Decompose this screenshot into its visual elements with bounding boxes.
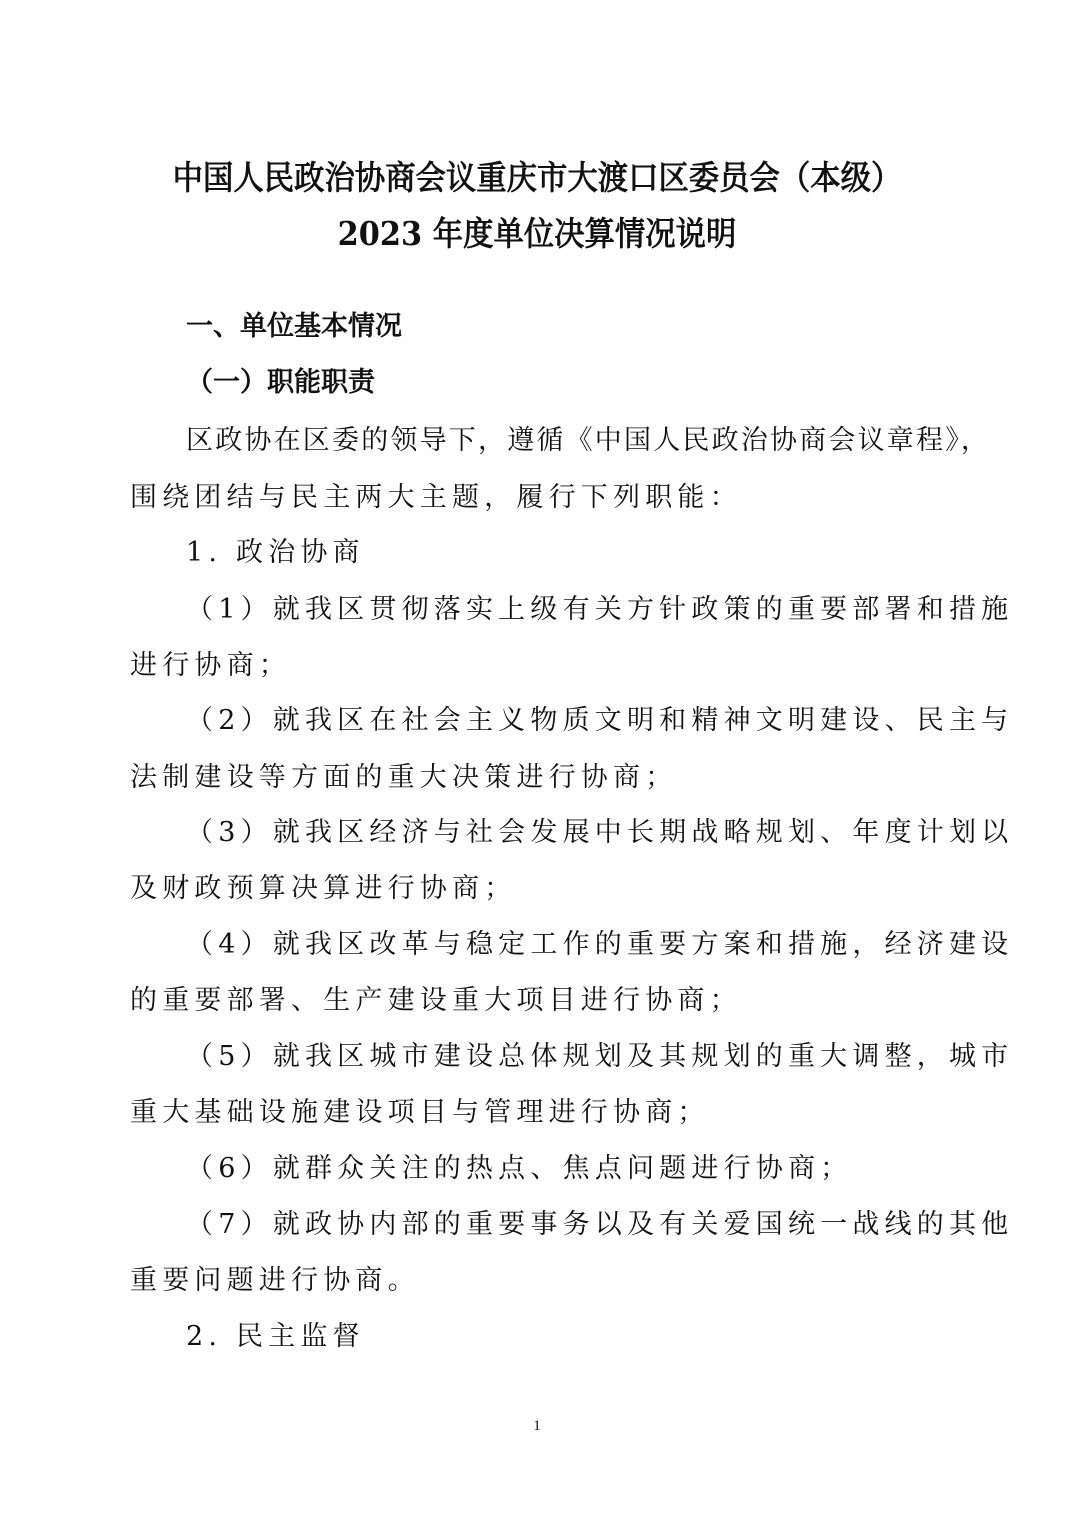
page-number: 1	[0, 1418, 1074, 1435]
numbered-heading: 2. 民主监督	[186, 1314, 365, 1353]
subsection-heading: （一）职能职责	[186, 360, 375, 399]
section-heading: 一、单位基本情况	[186, 304, 402, 343]
list-item-line: （1）就我区贯彻落实上级有关方针政策的重要部署和措施	[186, 587, 1013, 626]
list-item-line: 进行协商；	[130, 643, 291, 682]
paragraph-line: 围绕团结与民主两大主题，履行下列职能：	[130, 475, 742, 514]
paragraph-line: 区政协在区委的领导下，遵循《中国人民政治协商会议章程》，	[186, 418, 990, 457]
list-item-line: （3）就我区经济与社会发展中长期战略规划、年度计划以	[186, 810, 1013, 849]
list-item-line: （4）就我区改革与稳定工作的重要方案和措施，经济建设	[186, 922, 1013, 961]
numbered-heading: 1. 政治协商	[186, 530, 365, 569]
list-item-line: （7）就政协内部的重要事务以及有关爱国统一战线的其他	[186, 1202, 1013, 1241]
list-item-line: （6）就群众关注的热点、焦点问题进行协商；	[186, 1146, 852, 1185]
document-title-line-2: 2023 年度单位决算情况说明	[43, 208, 1031, 255]
list-item-line: 重大基础设施建设项目与管理进行协商；	[130, 1090, 710, 1129]
list-item-line: 重要问题进行协商。	[130, 1258, 420, 1297]
list-item-line: 及财政预算决算进行协商；	[130, 866, 516, 905]
document-page: 中国人民政治协商会议重庆市大渡口区委员会（本级） 2023 年度单位决算情况说明…	[0, 0, 1074, 1520]
list-item-line: 的重要部署、生产建设重大项目进行协商；	[130, 978, 742, 1017]
list-item-line: 法制建设等方面的重大决策进行协商；	[130, 755, 677, 794]
list-item-line: （2）就我区在社会主义物质文明和精神文明建设、民主与	[186, 698, 1013, 737]
list-item-line: （5）就我区城市建设总体规划及其规划的重大调整，城市	[186, 1034, 1013, 1073]
document-title-line-1: 中国人民政治协商会议重庆市大渡口区委员会（本级）	[43, 152, 1031, 199]
